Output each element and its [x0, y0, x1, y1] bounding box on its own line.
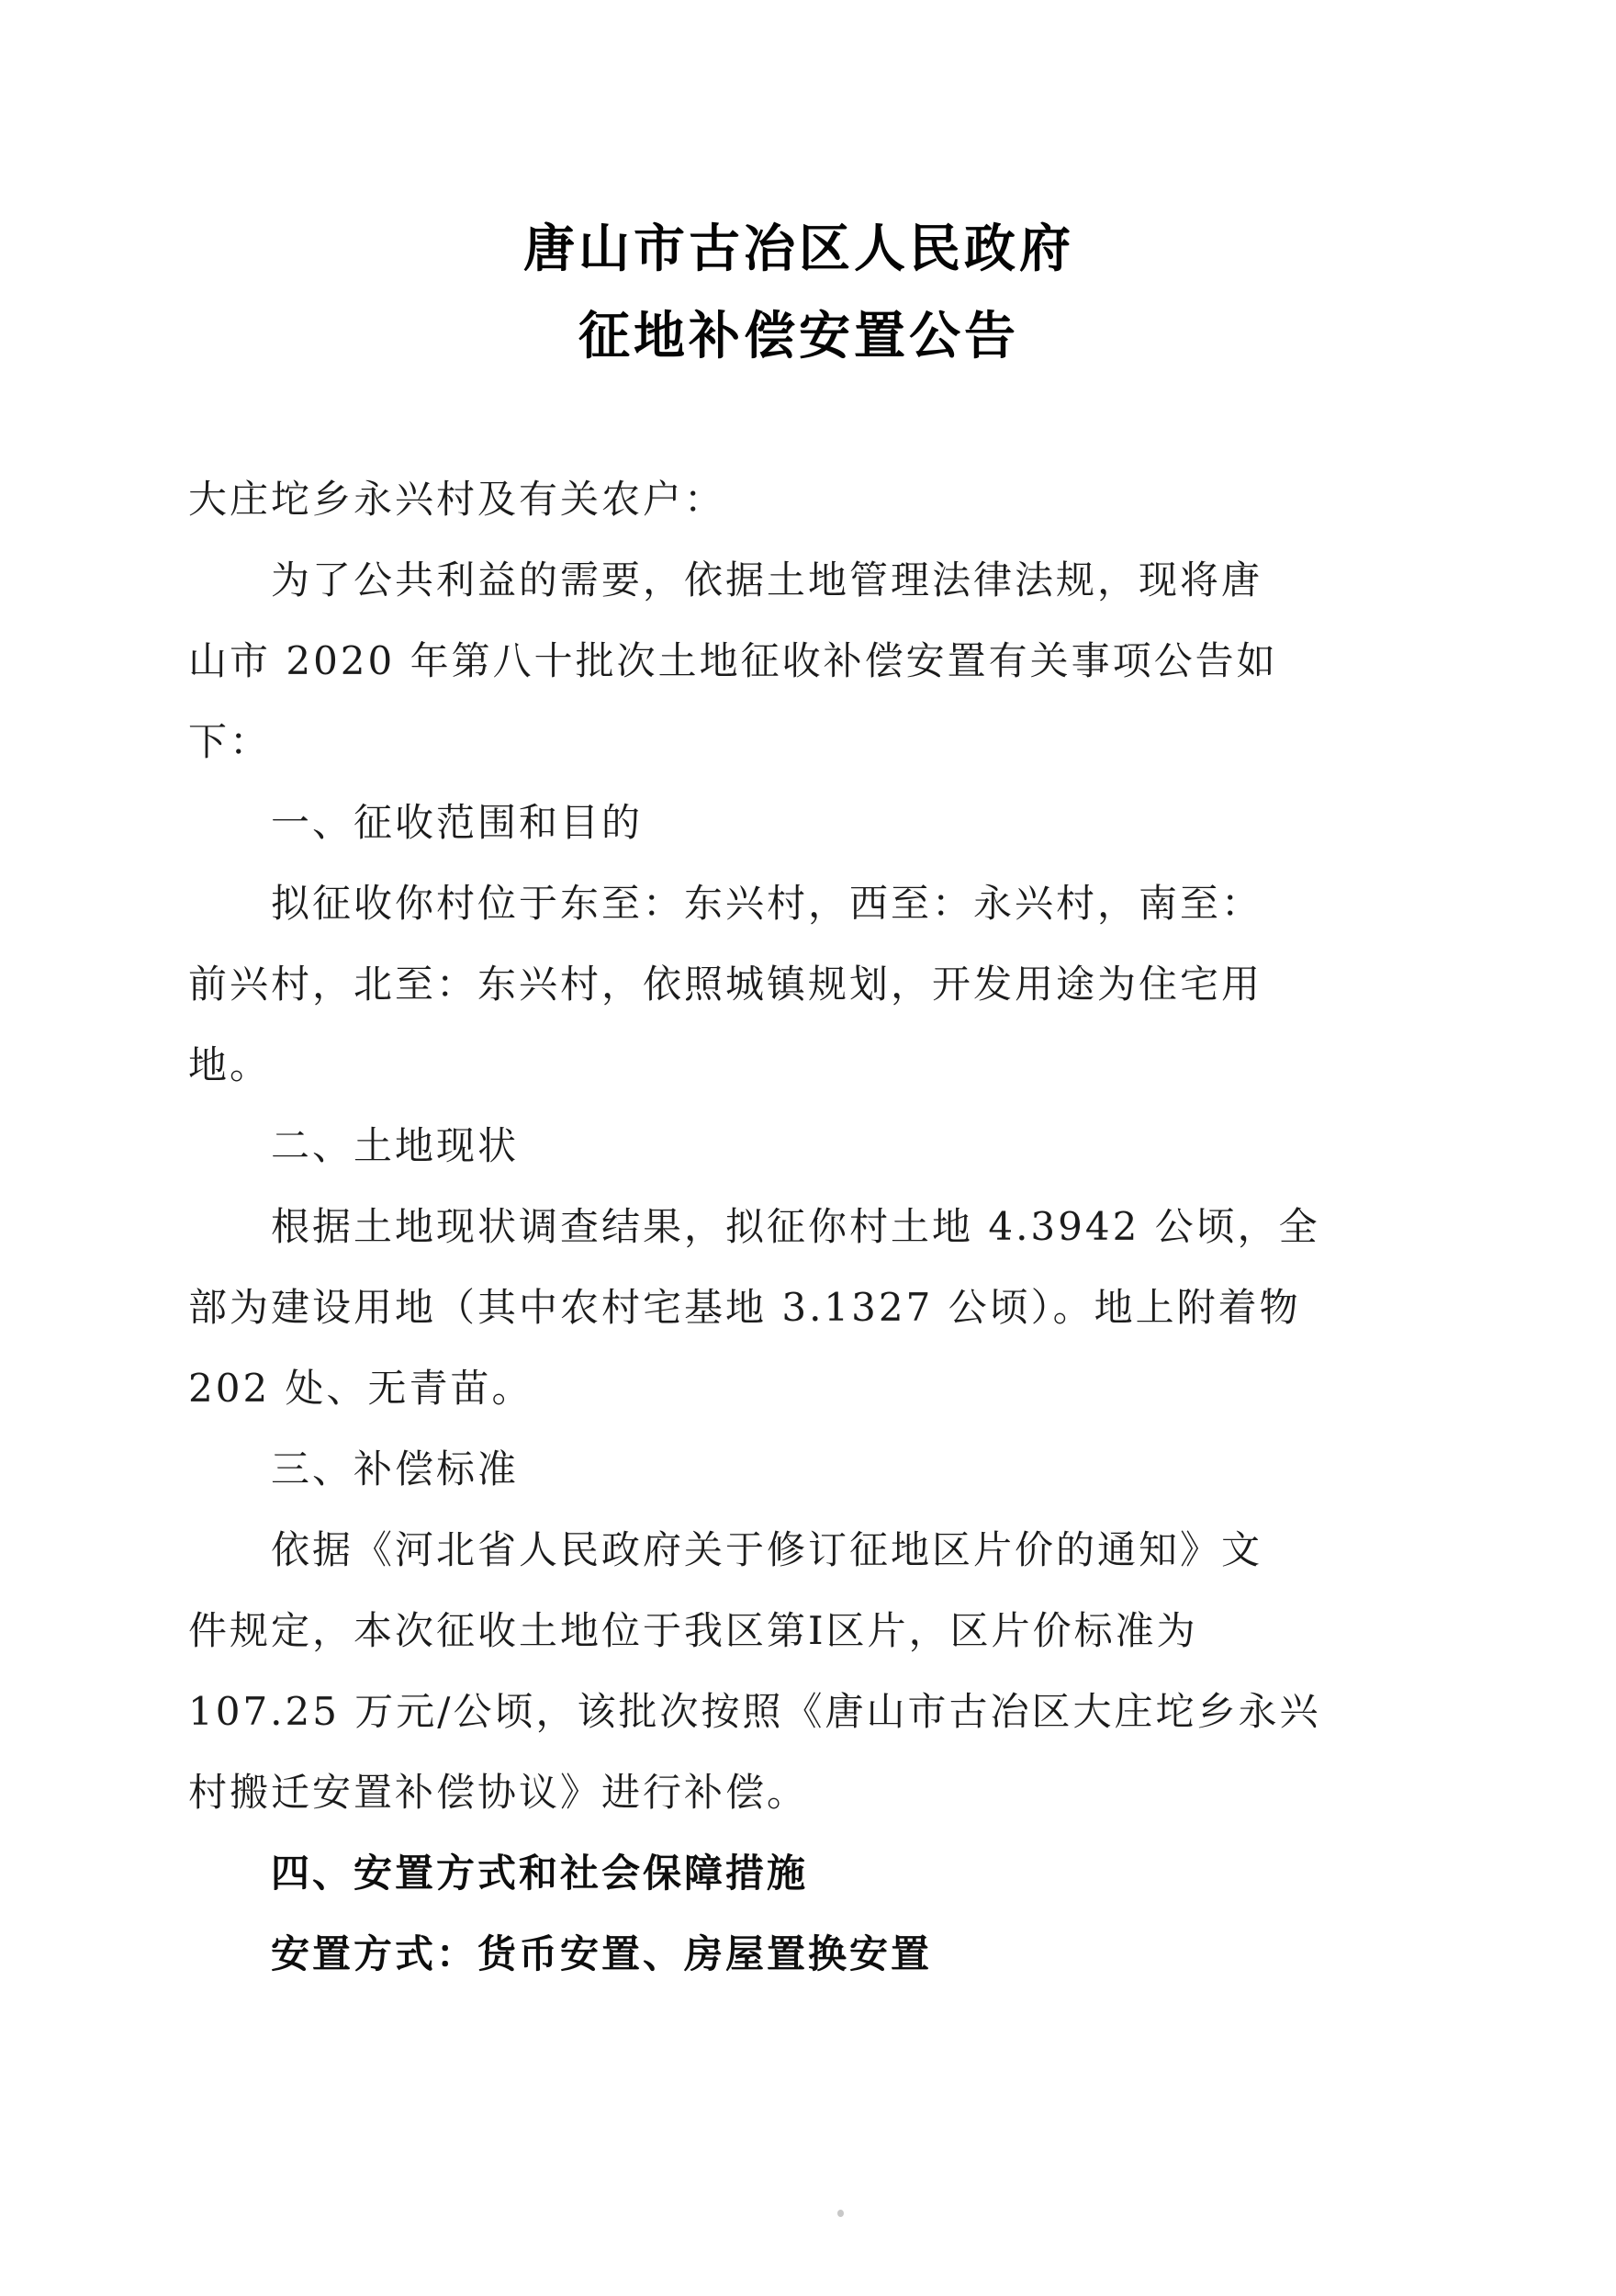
- salutation-line: 大庄坨乡永兴村及有关农户：: [188, 459, 1258, 540]
- text-line: 地。: [188, 1025, 1258, 1106]
- text-line: 村搬迁安置补偿协议》进行补偿。: [188, 1752, 1258, 1833]
- text-line: 前兴村，北至：东兴村，依照城镇规划，开发用途为住宅用: [188, 944, 1258, 1025]
- scanned-document-page: 唐山市古冶区人民政府 征地补偿安置公告 大庄坨乡永兴村及有关农户： 为了公共利益…: [0, 0, 1616, 2296]
- text-line: 安置方式：货币安置、房屋置换安置: [188, 1914, 1258, 1995]
- text-line: 为了公共利益的需要，依据土地管理法律法规，现将唐: [188, 540, 1258, 621]
- text-line: 件规定，本次征收土地位于我区第Ⅰ区片，区片价标准为: [188, 1591, 1258, 1671]
- text-line: 部为建设用地（其中农村宅基地 3.1327 公顷）。地上附着物: [188, 1267, 1258, 1348]
- text-line: 下：: [188, 702, 1258, 782]
- section-heading-4: 四、安置方式和社会保障措施: [188, 1833, 1258, 1914]
- text-line: 107.25 万元/公顷，该批次按照《唐山市古冶区大庄坨乡永兴: [188, 1671, 1258, 1752]
- document-title: 唐山市古冶区人民政府 征地补偿安置公告: [0, 206, 1598, 380]
- text-line: 山市 2020 年第八十批次土地征收补偿安置有关事项公告如: [188, 621, 1258, 702]
- text-line: 202 处、无青苗。: [188, 1348, 1258, 1429]
- scan-artifact-dot: [837, 2210, 844, 2217]
- text-line: 依据《河北省人民政府关于修订征地区片价的通知》文: [188, 1510, 1258, 1591]
- text-line: 根据土地现状调查结果，拟征你村土地 4.3942 公顷，全: [188, 1187, 1258, 1267]
- text-line: 拟征收你村位于东至：东兴村，西至：永兴村，南至：: [188, 863, 1258, 944]
- section-heading-2: 二、土地现状: [188, 1106, 1258, 1187]
- section-heading-3: 三、补偿标准: [188, 1429, 1258, 1510]
- title-line-2: 征地补偿安置公告: [0, 293, 1598, 380]
- document-body: 大庄坨乡永兴村及有关农户： 为了公共利益的需要，依据土地管理法律法规，现将唐 山…: [188, 459, 1258, 1995]
- section-heading-1: 一、征收范围和目的: [188, 782, 1258, 863]
- title-line-1: 唐山市古冶区人民政府: [0, 206, 1598, 293]
